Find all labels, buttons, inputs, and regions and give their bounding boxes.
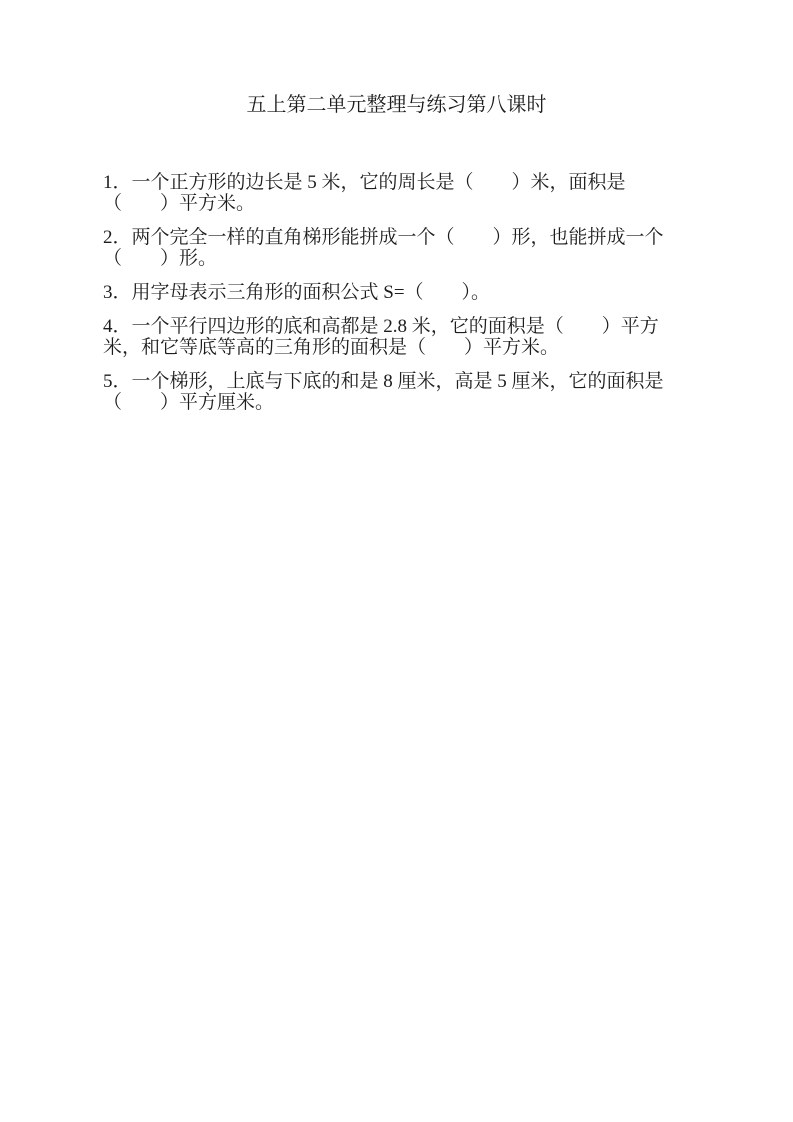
worksheet-title: 五上第二单元整理与练习第八课时 [0,93,793,117]
question-3-line-1: 3．用字母表示三角形的面积公式 S=（ ）。 [103,282,689,303]
question-1: 1．一个正方形的边长是 5 米，它的周长是（ ）米，面积是 （ ）平方米。 [103,172,689,214]
question-3: 3．用字母表示三角形的面积公式 S=（ ）。 [103,282,689,303]
question-4-line-1: 4．一个平行四边形的底和高都是 2.8 米，它的面积是（ ）平方 [103,316,689,337]
question-4-line-2: 米，和它等底等高的三角形的面积是（ ）平方米。 [103,337,689,358]
question-list: 1．一个正方形的边长是 5 米，它的周长是（ ）米，面积是 （ ）平方米。 2．… [103,172,689,426]
question-5-line-1: 5．一个梯形，上底与下底的和是 8 厘米，高是 5 厘米，它的面积是 [103,371,689,392]
question-2: 2．两个完全一样的直角梯形能拼成一个（ ）形，也能拼成一个 （ ）形。 [103,227,689,269]
question-1-line-2: （ ）平方米。 [103,193,689,214]
question-2-line-1: 2．两个完全一样的直角梯形能拼成一个（ ）形，也能拼成一个 [103,227,689,248]
question-1-line-1: 1．一个正方形的边长是 5 米，它的周长是（ ）米，面积是 [103,172,689,193]
question-2-line-2: （ ）形。 [103,248,689,269]
worksheet-page: 五上第二单元整理与练习第八课时 1．一个正方形的边长是 5 米，它的周长是（ ）… [0,0,793,1122]
question-4: 4．一个平行四边形的底和高都是 2.8 米，它的面积是（ ）平方 米，和它等底等… [103,316,689,358]
question-5-line-2: （ ）平方厘米。 [103,392,689,413]
question-5: 5．一个梯形，上底与下底的和是 8 厘米，高是 5 厘米，它的面积是 （ ）平方… [103,371,689,413]
